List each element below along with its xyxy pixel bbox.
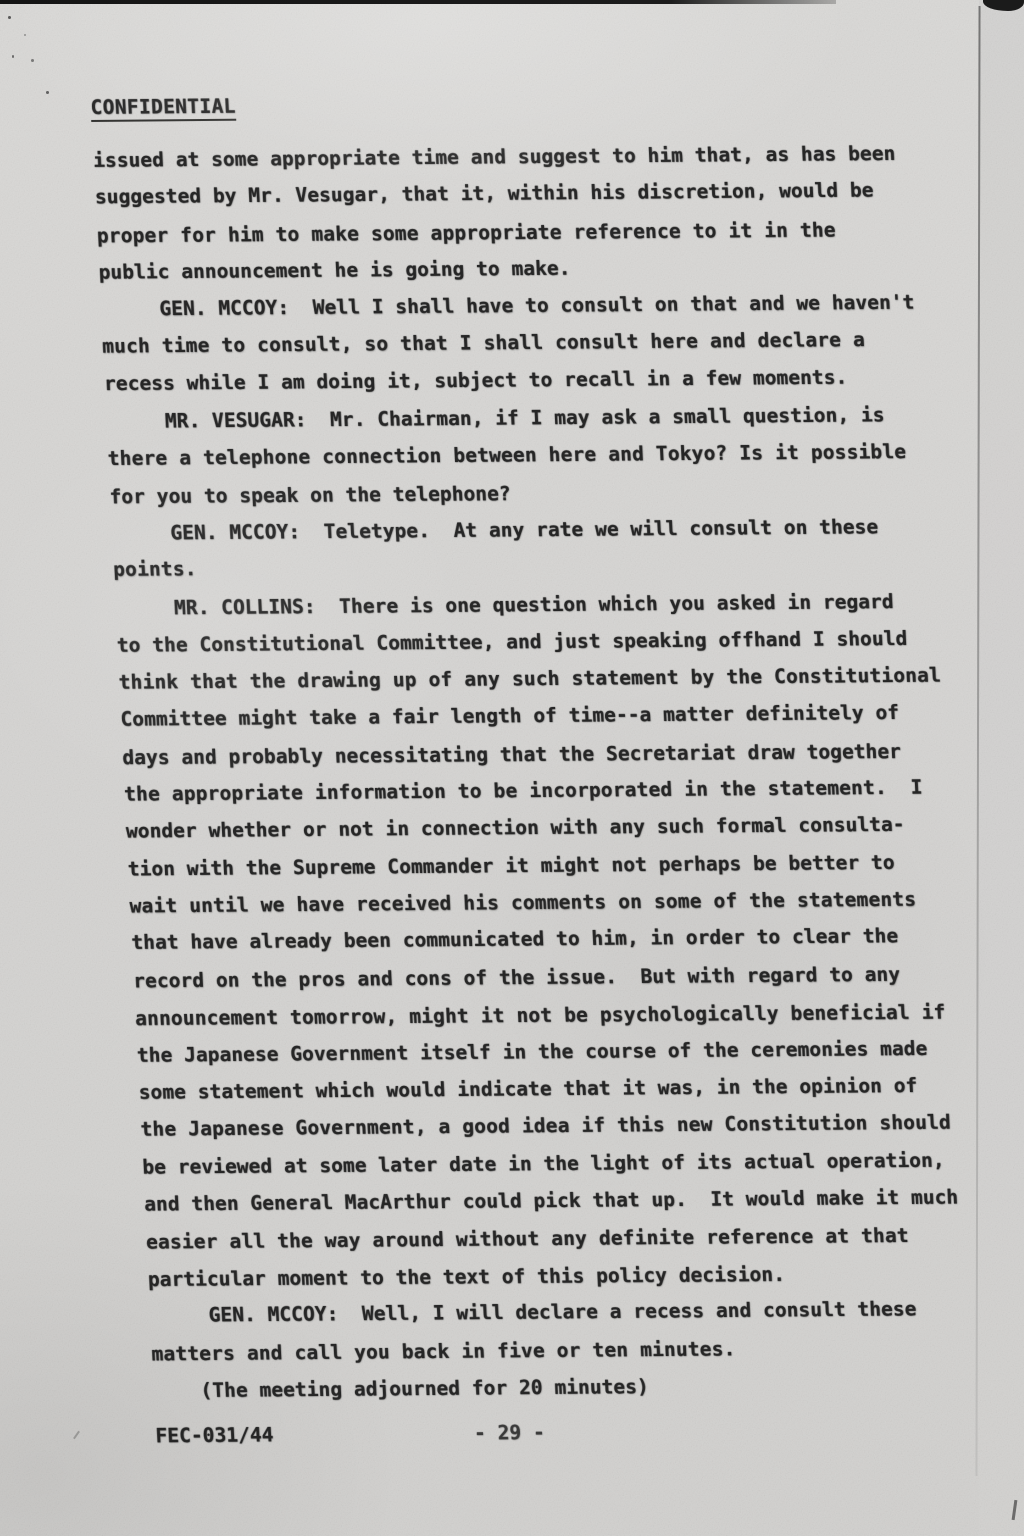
- scan-speck: [31, 59, 34, 62]
- scan-artifact-corner-blob: [983, 0, 1024, 11]
- classification-heading: CONFIDENTIAL: [90, 96, 236, 122]
- scan-speck: [24, 34, 26, 36]
- text-line: points.: [112, 544, 964, 589]
- text-line: proper for him to make some appropriate …: [96, 210, 948, 254]
- text-line: GEN. MCCOY: Well, I will declare a reces…: [149, 1290, 1001, 1335]
- text-line: (The meeting adjourned for 20 minutes): [152, 1365, 1004, 1410]
- text-line: that have already been communicated to h…: [131, 917, 983, 962]
- scan-speck: [8, 16, 11, 19]
- scanned-page: CONFIDENTIAL issued at some appropriate …: [0, 0, 1024, 1536]
- scan-pencil-mark: [73, 1431, 80, 1440]
- text-line: Committee might take a fair length of ti…: [120, 694, 972, 739]
- scan-speck: [46, 91, 49, 94]
- text-line: announcement tomorrow, might it not be p…: [134, 993, 986, 1037]
- text-line: suggested by Mr. Vesugar, that it, withi…: [94, 171, 946, 216]
- scan-artifact-bottom-tick: [1012, 1500, 1018, 1520]
- text-line: days and probably necessitating that the…: [121, 732, 973, 776]
- document-body: issued at some appropriate time and sugg…: [92, 135, 1004, 1410]
- document-number: FEC-031/44: [155, 1424, 274, 1448]
- text-line: for you to speak on the telephone?: [109, 471, 961, 515]
- scan-artifact-top-bar: [0, 0, 836, 4]
- page-number: - 29 -: [473, 1421, 545, 1445]
- text-line: the Japanese Government, a good idea if …: [140, 1103, 992, 1148]
- text-line: record on the pros and cons of the issue…: [132, 955, 984, 1000]
- document-text: CONFIDENTIAL issued at some appropriate …: [90, 89, 1006, 1455]
- scan-speck: [12, 55, 14, 58]
- text-line: easier all the way around without any de…: [145, 1216, 997, 1261]
- text-line: there a telephone connection between her…: [107, 433, 959, 478]
- page-footer: FEC-031/44- 29 -: [155, 1410, 1007, 1455]
- text-line: recess while I am doing it, subject to r…: [103, 358, 955, 403]
